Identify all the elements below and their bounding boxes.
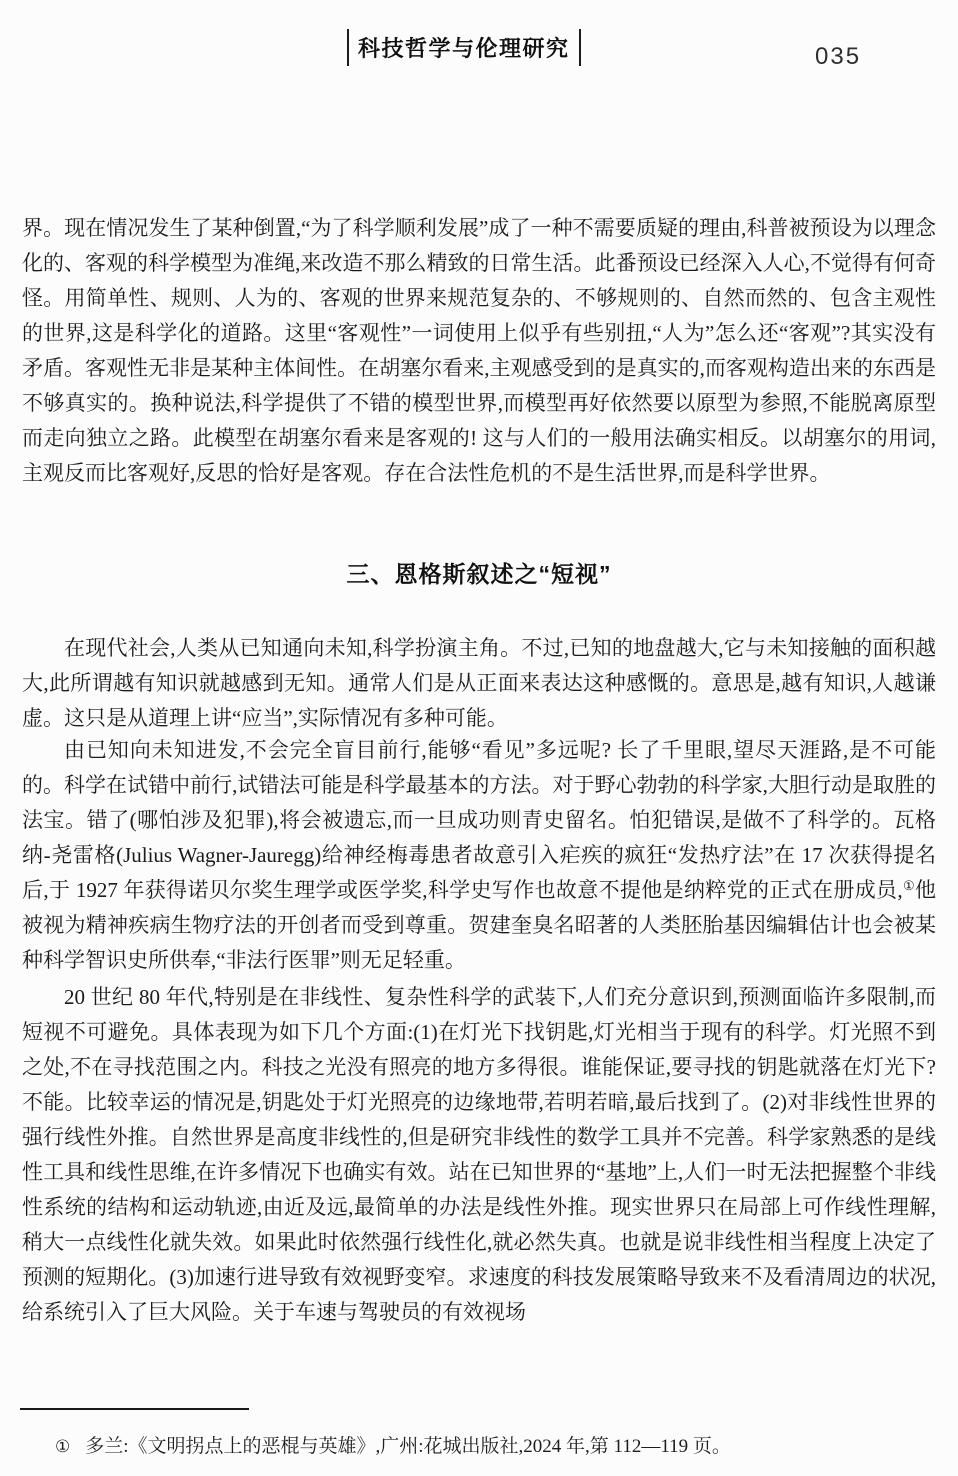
running-head: 科技哲学与伦理研究 — [347, 29, 581, 66]
footnote-text: 多兰:《文明拐点上的恶棍与英雄》,广州:花城出版社,2024 年,第 112—1… — [85, 1436, 731, 1457]
paragraph: 20 世纪 80 年代,特别是在非线性、复杂性科学的武装下,人们充分意识到,预测… — [22, 980, 936, 1330]
paragraph-continuation: 界。现在情况发生了某种倒置,“为了科学顺利发展”成了一种不需要质疑的理由,科普被… — [22, 211, 936, 491]
footnote-marker: ① — [55, 1437, 70, 1456]
paragraph: 在现代社会,人类从已知通向未知,科学扮演主角。不过,已知的地盘越大,它与未知接触… — [22, 631, 936, 736]
page-number: 035 — [815, 43, 861, 71]
footnote: ①多兰:《文明拐点上的恶棍与英雄》,广州:花城出版社,2024 年,第 112—… — [55, 1433, 935, 1460]
section-heading: 三、恩格斯叙述之“短视” — [0, 556, 958, 589]
journal-section-title: 科技哲学与伦理研究 — [358, 32, 570, 63]
page-header: 科技哲学与伦理研究 035 — [0, 29, 958, 71]
footnote-reference-marker: ① — [903, 878, 915, 893]
header-left-bar — [347, 29, 349, 66]
journal-page: 科技哲学与伦理研究 035 界。现在情况发生了某种倒置,“为了科学顺利发展”成了… — [0, 0, 958, 1476]
paragraph: 由已知向未知进发,不会完全盲目前行,能够“看见”多远呢? 长了千里眼,望尽天涯路… — [22, 733, 936, 978]
header-right-bar — [579, 29, 581, 66]
footnote-divider — [20, 1408, 249, 1410]
paragraph-text: 由已知向未知进发,不会完全盲目前行,能够“看见”多远呢? 长了千里眼,望尽天涯路… — [22, 738, 936, 902]
